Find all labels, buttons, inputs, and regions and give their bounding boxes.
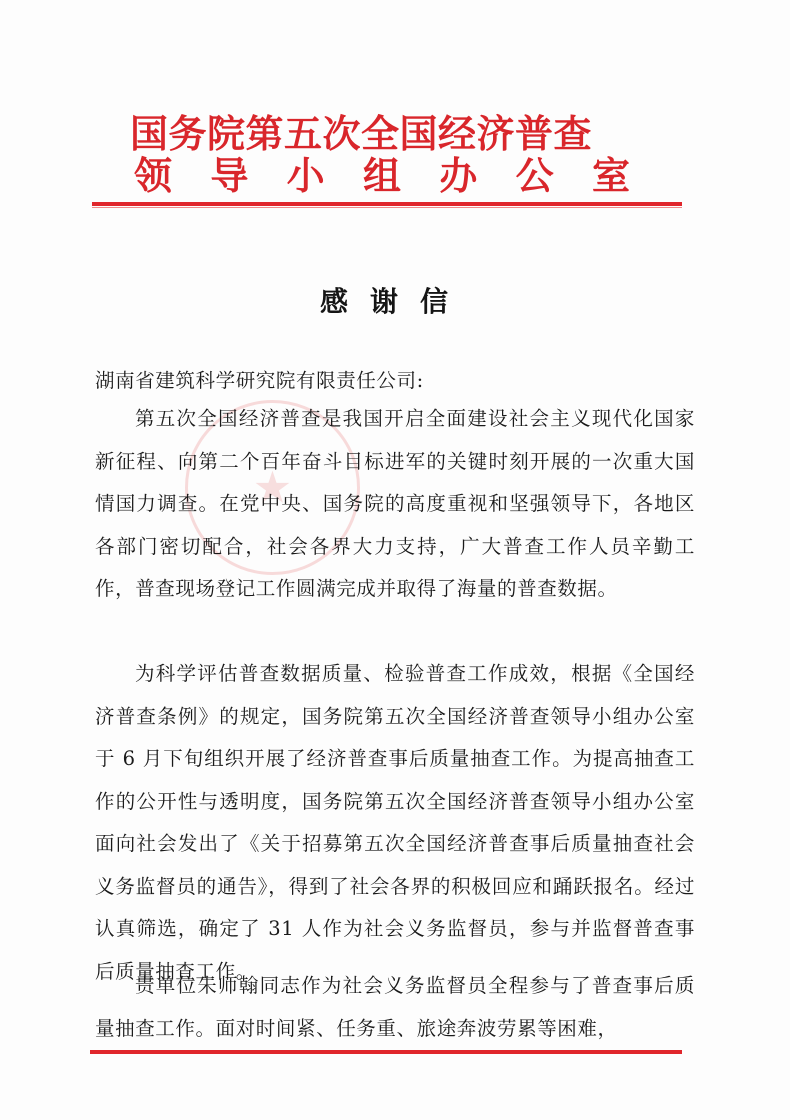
letter-body-2: 为科学评估普查数据质量、检验普查工作成效，根据《全国经济普查条例》的规定，国务院… [95,653,695,993]
issuer-char: 室 [592,154,630,198]
issuer-char: 小 [287,154,325,198]
paragraph-2: 为科学评估普查数据质量、检验普查工作成效，根据《全国经济普查条例》的规定，国务院… [95,653,695,993]
letter-body: 第五次全国经济普查是我国开启全面建设社会主义现代化国家新征程、向第二个百年奋斗目… [95,398,695,611]
recipient: 湖南省建筑科学研究院有限责任公司: [95,365,424,393]
header-red-rule-shadow [92,207,682,208]
header-red-rule [92,202,682,206]
issuer-char: 公 [516,154,554,198]
issuer-char: 组 [363,154,401,198]
letter-title: 感谢信 [0,280,790,320]
issuer-title-line1: 国务院第五次全国经济普查 [130,112,650,156]
issuer-char: 导 [210,154,248,198]
issuer-char: 领 [134,154,172,198]
paragraph-3: 贵单位朱师翰同志作为社会义务监督员全程参与了普查事后质量抽查工作。面对时间紧、任… [95,965,695,1050]
footer-red-rule [90,1050,682,1054]
letter-body-3: 贵单位朱师翰同志作为社会义务监督员全程参与了普查事后质量抽查工作。面对时间紧、任… [95,965,695,1050]
document-page: 国务院第五次全国经济普查 领 导 小 组 办 公 室 感谢信 湖南省建筑科学研究… [0,0,790,1120]
paragraph-1: 第五次全国经济普查是我国开启全面建设社会主义现代化国家新征程、向第二个百年奋斗目… [95,398,695,611]
issuer-char: 办 [439,154,477,198]
issuer-title-line2: 领 导 小 组 办 公 室 [134,154,630,198]
